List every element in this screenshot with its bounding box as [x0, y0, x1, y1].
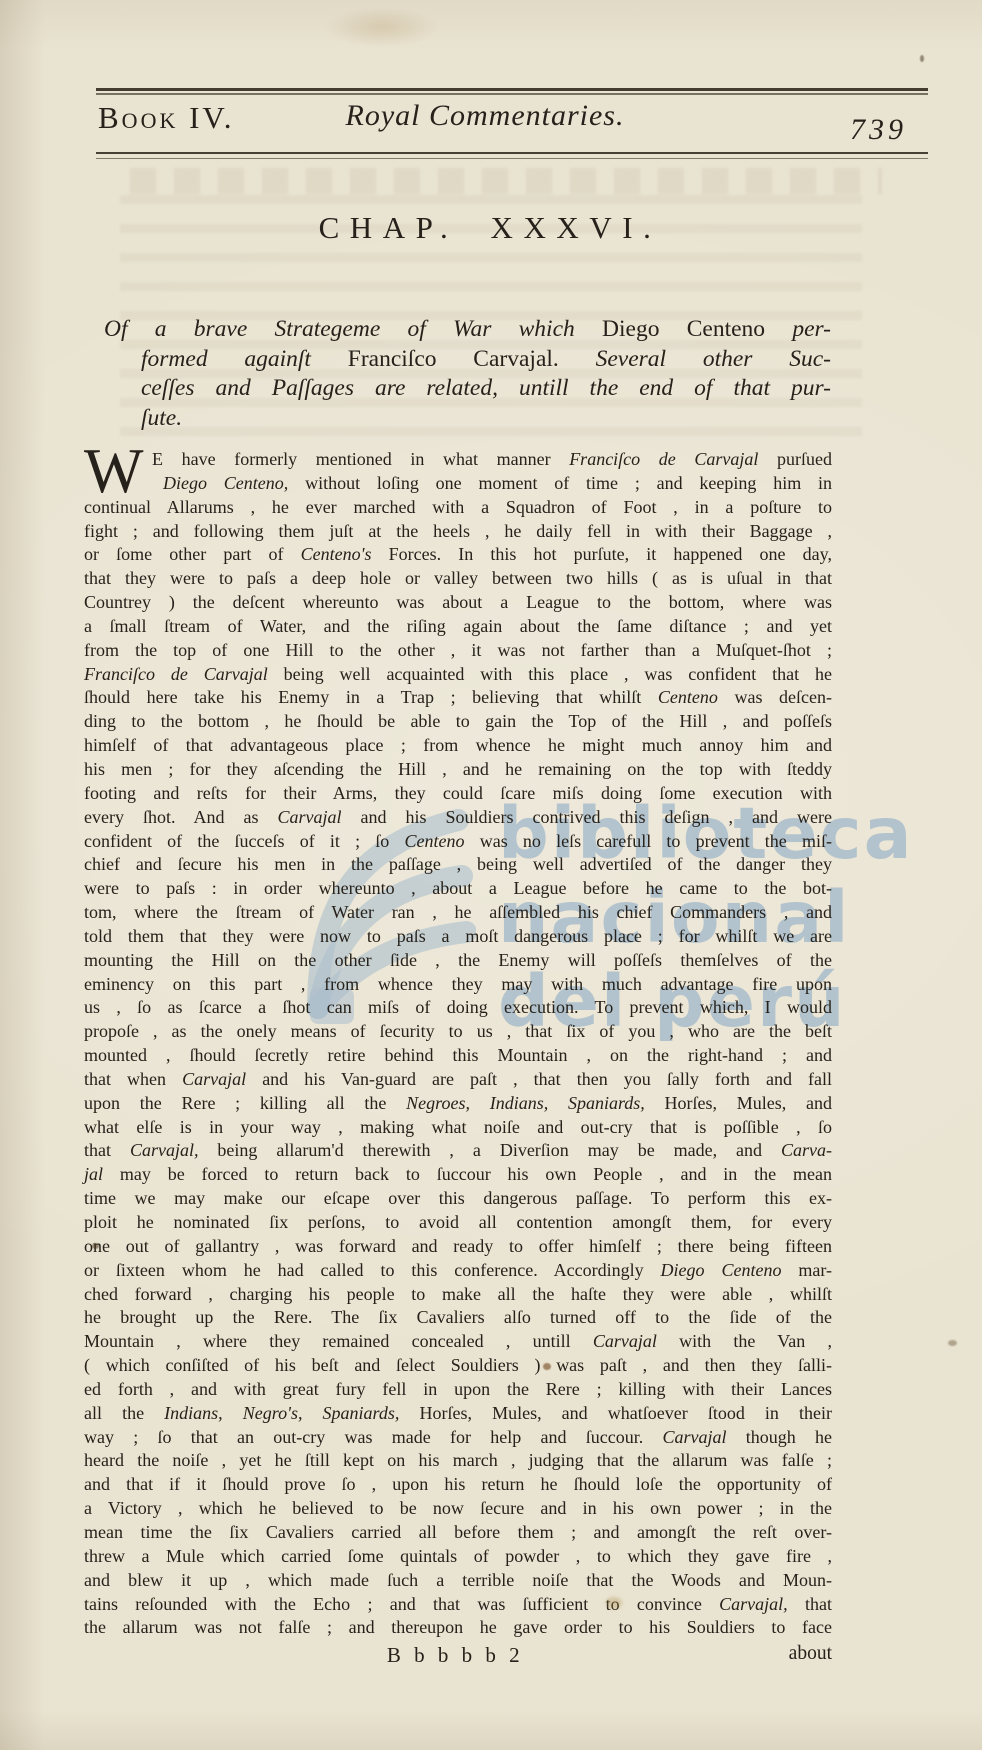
- running-title: Royal Commentaries.: [110, 99, 860, 133]
- ink-speck: [920, 55, 924, 62]
- argument-line: ceſſes and Paſſages are related, untill …: [104, 374, 831, 404]
- body-line: us , ſo as ſcarce a ſhot can miſs of doi…: [84, 996, 832, 1020]
- body-line: all the Indians, Negro's, Spaniards, Hor…: [84, 1402, 832, 1426]
- body-line: ſhould here take his Enemy in a Trap ; b…: [84, 686, 832, 710]
- chapter-heading: CHAP. XXXVI.: [140, 210, 840, 246]
- page-bleedthrough: [130, 168, 882, 194]
- body-line: ploit he nominated ſix perſons, to avoid…: [84, 1211, 832, 1235]
- body-line: way ; ſo that an out-cry was made for he…: [84, 1426, 832, 1450]
- body-line: upon the Rere ; killing all the Negroes,…: [84, 1092, 832, 1116]
- body-line: a ſmall ſtream of Water, and the riſing …: [84, 615, 832, 639]
- book-page: biblioteca nacional del perú Book IV. Ro…: [0, 0, 982, 1750]
- signature-mark: B b b b b 2: [387, 1643, 524, 1668]
- body-line: or ſome other part of Centeno's Forces. …: [84, 543, 832, 567]
- body-line: from the top of one Hill to the other , …: [84, 639, 832, 663]
- body-line: ched forward , charging his people to ma…: [84, 1283, 832, 1307]
- argument-line: ſute.: [104, 404, 831, 434]
- body-line: propoſe , as the onely means of ſecurity…: [84, 1020, 832, 1044]
- body-line: the allarum was not falſe ; and thereupo…: [84, 1616, 832, 1640]
- body-line: he brought up the Rere. The ſix Cavalier…: [84, 1306, 832, 1330]
- header-rule-top-2: [96, 93, 928, 95]
- body-line: or ſixteen whom he had called to this co…: [84, 1259, 832, 1283]
- body-line: confident of the ſucceſs of it ; ſo Cent…: [84, 830, 832, 854]
- body-line: himſelf of that advantageous place ; fro…: [84, 734, 832, 758]
- body-line: what elſe is in your way , making what n…: [84, 1116, 832, 1140]
- body-line: E have formerly mentioned in what manner…: [84, 448, 832, 472]
- body-line: one out of gallantry , was forward and r…: [84, 1235, 832, 1259]
- body-line: tom, where the ſtream of Water ran , he …: [84, 901, 832, 925]
- body-line: mounted , ſhould ſecretly retire behind …: [84, 1044, 832, 1068]
- body-line: Diego Centeno, without loſing one moment…: [84, 472, 832, 496]
- body-line: that they were to paſs a deep hole or va…: [84, 567, 832, 591]
- ink-speck: [948, 1340, 957, 1346]
- body-line: Franciſco de Carvajal being well acquain…: [84, 663, 832, 687]
- chapter-argument: Of a brave Strategeme of War which Diego…: [104, 315, 831, 433]
- body-line: heard the noiſe , yet he ſtill kept on h…: [84, 1449, 832, 1473]
- body-line: every ſhot. And as Carvajal and his Soul…: [84, 806, 832, 830]
- body-paragraph: W E have formerly mentioned in what mann…: [84, 448, 832, 1640]
- body-line: fight ; and following them juſt at the h…: [84, 520, 832, 544]
- paper-stain: [322, 6, 442, 48]
- page-number: 739: [850, 113, 907, 147]
- catchword: about: [789, 1643, 832, 1665]
- body-line: that Carvajal, being allarum'd therewith…: [84, 1139, 832, 1163]
- body-line: and that if it ſhould prove ſo , upon hi…: [84, 1473, 832, 1497]
- body-line: ding to the bottom , he ſhould be able t…: [84, 710, 832, 734]
- header-rule-bottom: [96, 152, 928, 154]
- body-line: ( which conſiſted of his beſt and ſelect…: [84, 1354, 832, 1378]
- drop-cap: W: [84, 449, 146, 494]
- body-line: told them that they were now to paſs a m…: [84, 925, 832, 949]
- body-line: continual Allarums , he ever marched wit…: [84, 496, 832, 520]
- body-line: ed forth , and with great fury fell in u…: [84, 1378, 832, 1402]
- page-footer: B b b b b 2 about: [84, 1643, 832, 1673]
- body-line: mounting the Hill on the other ſide , th…: [84, 949, 832, 973]
- body-line: tains reſounded with the Echo ; and that…: [84, 1593, 832, 1617]
- body-line: Countrey ) the deſcent whereunto was abo…: [84, 591, 832, 615]
- argument-line: formed againſt Franciſco Carvajal. Sever…: [104, 345, 831, 375]
- header-rule-bottom-2: [96, 158, 928, 160]
- body-line: threw a Mule which carried ſome quintals…: [84, 1545, 832, 1569]
- body-line: time we may make our eſcape over this da…: [84, 1187, 832, 1211]
- body-line: eminency on this part , from whence they…: [84, 973, 832, 997]
- body-line: Mountain , where they remained concealed…: [84, 1330, 832, 1354]
- header-rule-top: [96, 88, 928, 91]
- argument-line: Of a brave Strategeme of War which Diego…: [104, 315, 831, 345]
- body-line: his men ; for they aſcending the Hill , …: [84, 758, 832, 782]
- body-line: a Victory , which he believed to be now …: [84, 1497, 832, 1521]
- body-line: jal may be forced to return back to ſucc…: [84, 1163, 832, 1187]
- body-line: chief and ſecure his men in the paſſage …: [84, 853, 832, 877]
- body-line: mean time the ſix Cavaliers carried all …: [84, 1521, 832, 1545]
- body-line: that when Carvajal and his Van-guard are…: [84, 1068, 832, 1092]
- body-line: footing and reſts for their Arms, they c…: [84, 782, 832, 806]
- body-line: were to paſs : in order whereunto , abou…: [84, 877, 832, 901]
- body-line: and blew it up , which made ſuch a terri…: [84, 1569, 832, 1593]
